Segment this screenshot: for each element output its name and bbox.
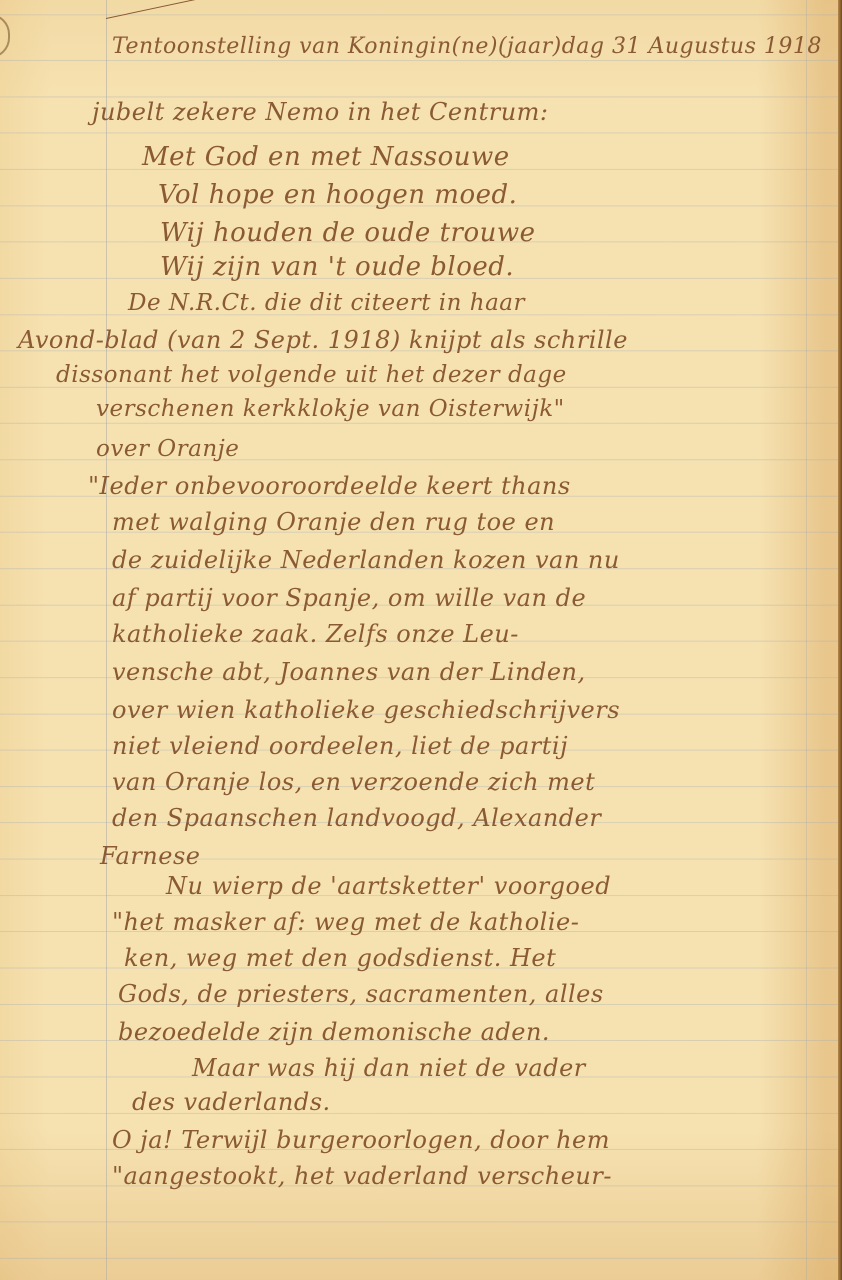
heading-line-1: Tentoonstelling van Koningin(ne)(jaar)da… [112,36,822,58]
body-line-18: "het masker af: weg met de katholie- [112,910,579,934]
body-line-12: over wien katholieke geschiedschrijvers [112,698,620,722]
body-line-22: Maar was hij dan niet de vader [192,1056,586,1080]
body-line-25: "aangestookt, het vaderland verscheur- [112,1164,612,1188]
body-line-8: de zuidelijke Nederlanden kozen van nu [112,548,620,572]
body-line-7: met walging Oranje den rug toe en [112,510,555,534]
poem-line-4: Wij zijn van 't oude bloed. [160,254,514,280]
body-line-20: Gods, de priesters, sacramenten, alles [118,982,604,1006]
body-line-17: Nu wierp de 'aartsketter' voorgoed [166,874,611,898]
body-line-6: "Ieder onbevooroordeelde keert thans [88,474,571,498]
body-line-16: Farnese [100,844,200,868]
body-line-9: af partij voor Spanje, om wille van de [112,586,586,610]
body-line-13: niet vleiend oordeelen, liet de partij [112,734,568,758]
body-line-4: verschenen kerkklokje van Oisterwijk" [96,398,565,421]
poem-line-1: Met God en met Nassouwe [142,144,510,170]
body-line-15: den Spaanschen landvoogd, Alexander [112,806,601,830]
body-line-24: O ja! Terwijl burgeroorlogen, door hem [112,1128,610,1152]
page-edge [838,0,842,1280]
body-line-10: katholieke zaak. Zelfs onze Leu- [112,622,519,646]
right-margin-line [806,0,807,1280]
body-line-21: bezoedelde zijn demonische aden. [118,1020,550,1044]
body-line-3: dissonant het volgende uit het dezer dag… [56,364,567,387]
heading-line-2: jubelt zekere Nemo in het Centrum: [92,100,549,124]
poem-line-3: Wij houden de oude trouwe [160,220,536,246]
margin-line [106,0,107,1280]
body-line-1: De N.R.Ct. die dit citeert in haar [128,292,525,315]
body-line-11: vensche abt, Joannes van der Linden, [112,660,586,684]
body-line-19: ken, weg met den godsdienst. Het [124,946,556,970]
body-line-5: over Oranje [96,438,239,461]
body-line-23: des vaderlands. [132,1090,331,1114]
manuscript-page: Tentoonstelling van Koningin(ne)(jaar)da… [0,0,842,1280]
body-line-14: van Oranje los, en verzoende zich met [112,770,595,794]
body-line-2: Avond-blad (van 2 Sept. 1918) knijpt als… [18,328,628,352]
poem-line-2: Vol hope en hoogen moed. [158,182,517,208]
